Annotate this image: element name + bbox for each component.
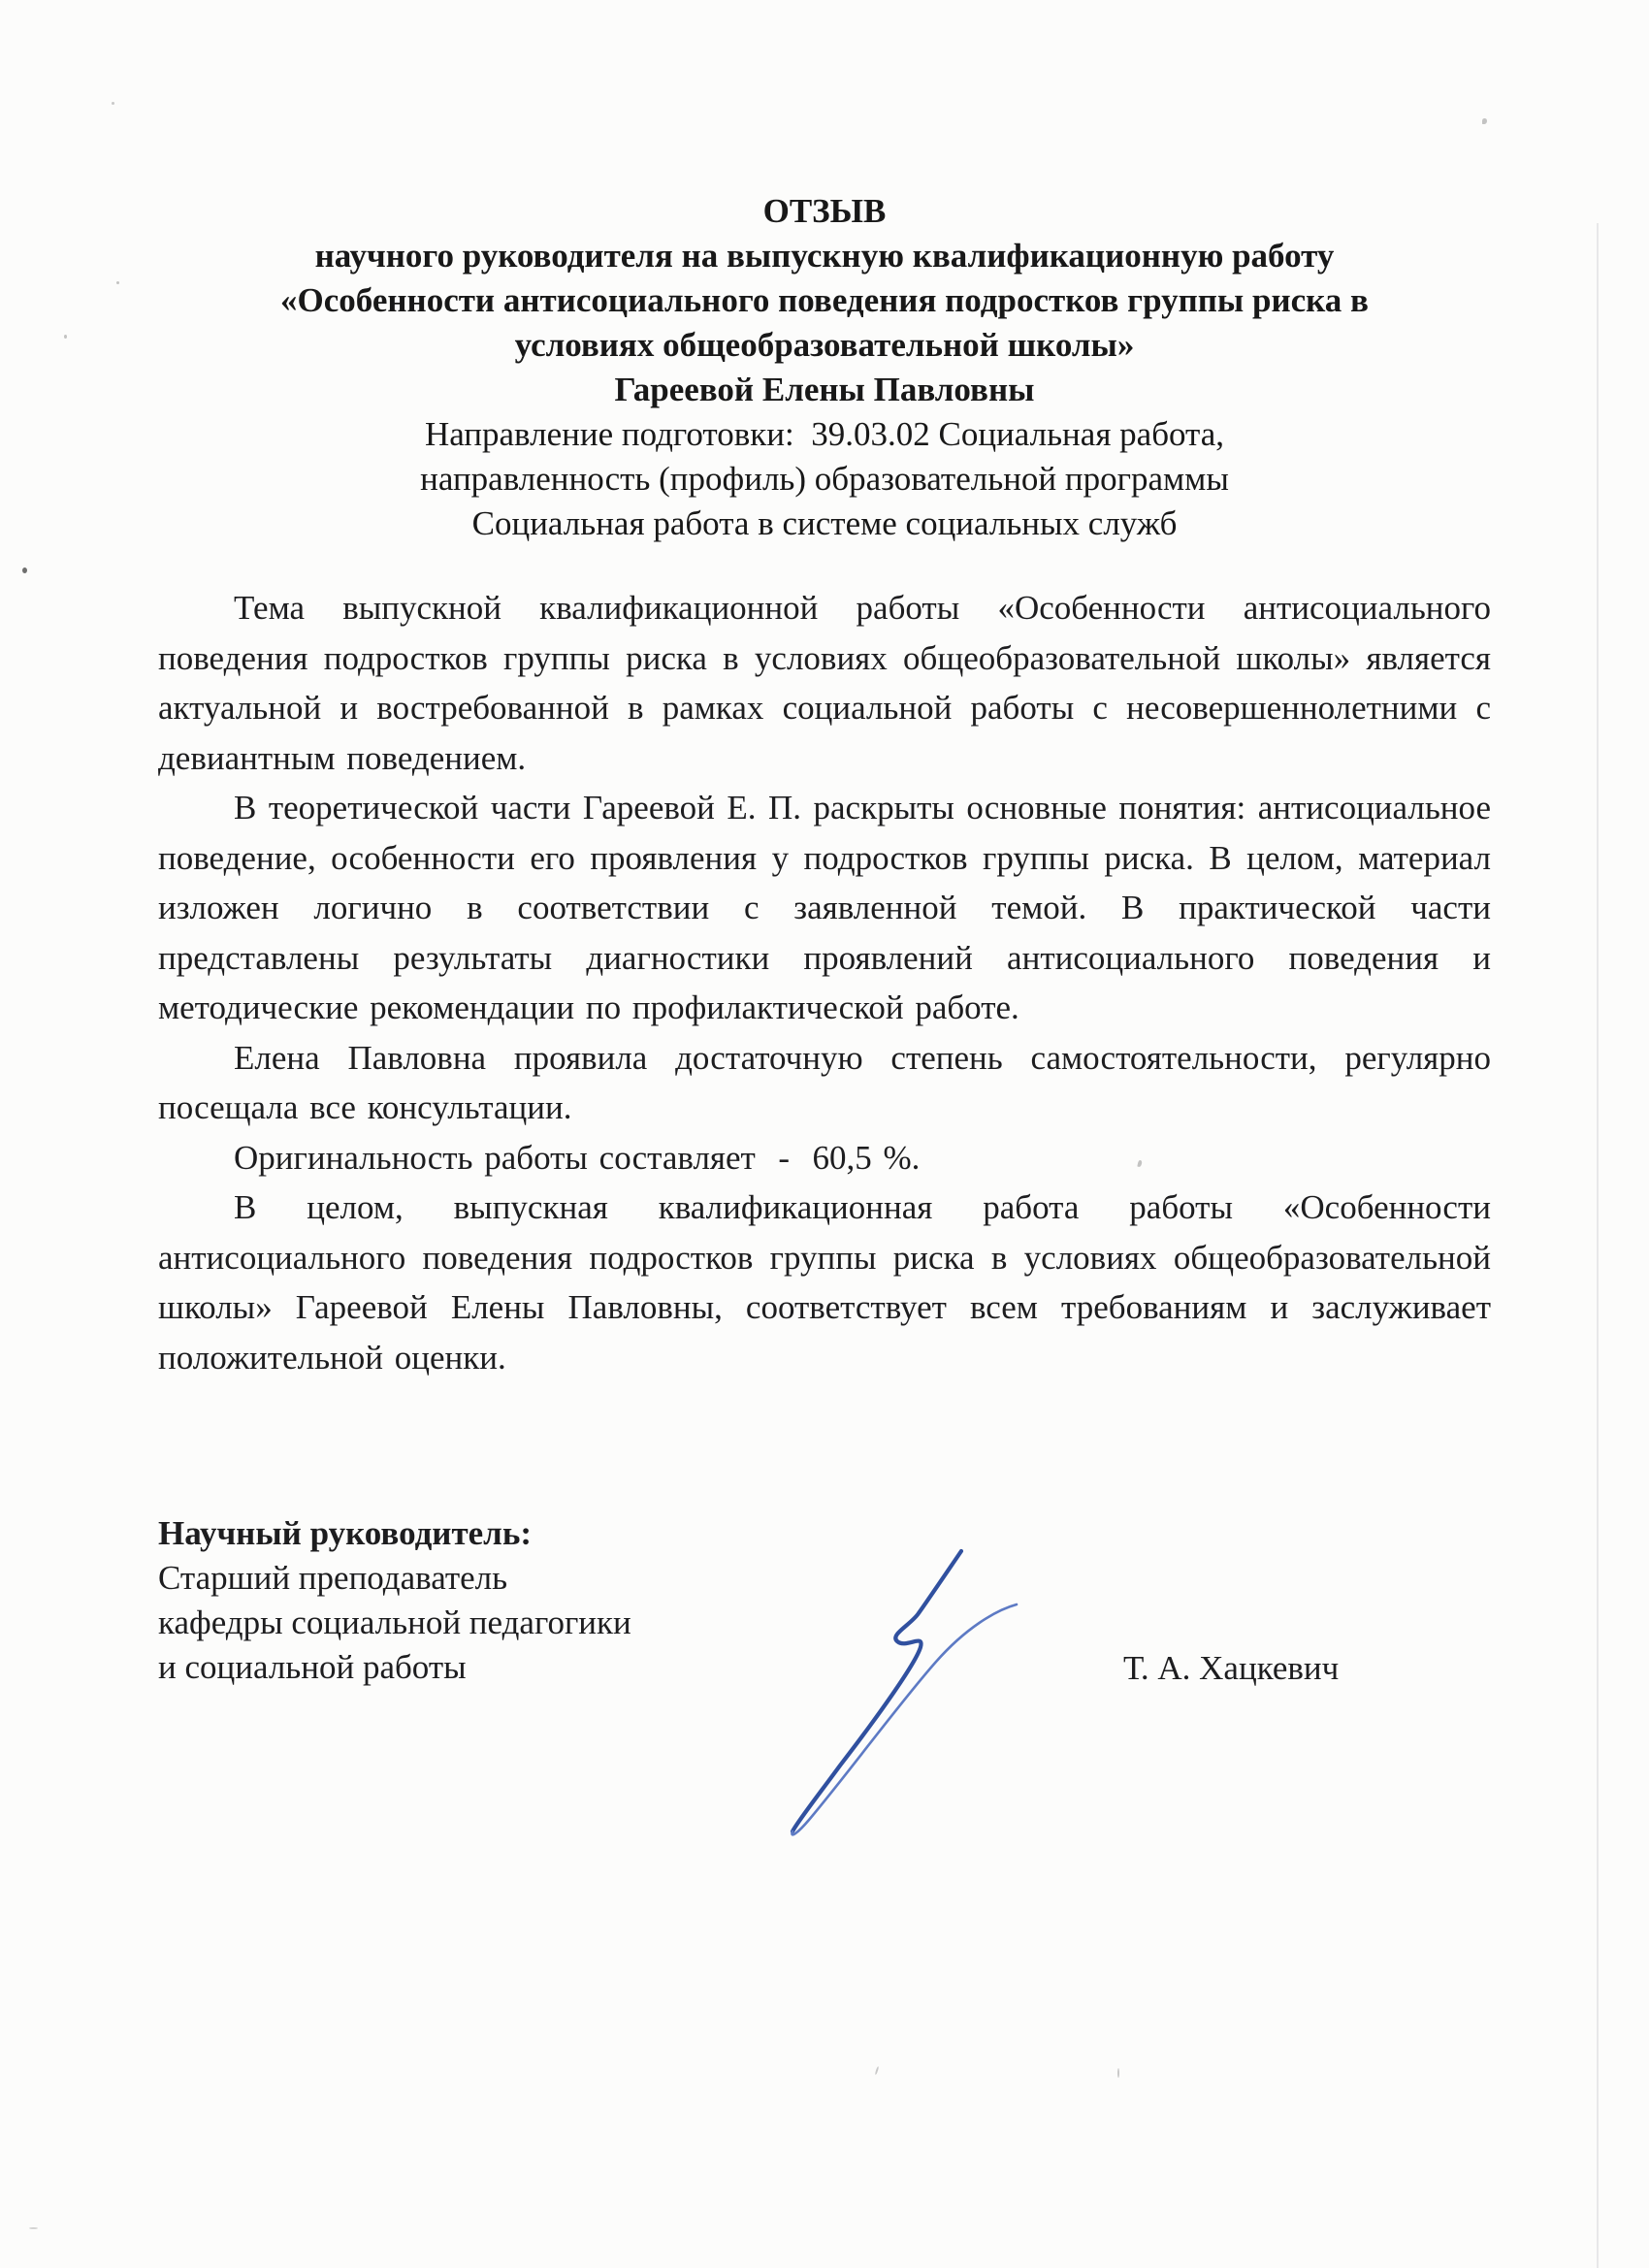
program-line-3: Социальная работа в системе социальных с…: [155, 502, 1494, 546]
paragraph-topic: Тема выпускной квалификационной работы «…: [158, 583, 1491, 783]
subtitle-line-1: научного руководителя на выпускную квали…: [155, 234, 1494, 278]
scan-speck: [29, 2227, 38, 2229]
paragraph-independence: Елена Павловна проявила достаточную степ…: [158, 1033, 1491, 1133]
supervisor-info: Научный руководитель: Старший преподават…: [158, 1511, 631, 1690]
paragraph-originality: Оригинальность работы составляет - 60,5 …: [158, 1133, 1491, 1183]
scan-speck: [22, 567, 27, 573]
review-body: Тема выпускной квалификационной работы «…: [158, 583, 1491, 1382]
document-title: ОТЗЫВ: [155, 189, 1494, 234]
supervisor-position-line-3: и социальной работы: [158, 1645, 631, 1690]
subtitle-line-3: условиях общеобразовательной школы»: [155, 323, 1494, 368]
author-name-line: Гареевой Елены Павловны: [155, 368, 1494, 412]
document-header: ОТЗЫВ научного руководителя на выпускную…: [155, 189, 1494, 546]
signature-stroke-return: [792, 1604, 1017, 1834]
program-line-2: направленность (профиль) образовательной…: [155, 457, 1494, 502]
program-line-1: Направление подготовки: 39.03.02 Социаль…: [155, 412, 1494, 457]
signer-name: Т. А. Хацкевич: [1123, 1649, 1339, 1688]
scan-speck: [116, 281, 119, 284]
scan-speck: [1482, 118, 1487, 124]
subtitle-line-2: «Особенности антисоциального поведения п…: [155, 278, 1494, 323]
paragraph-theory: В теоретической части Гареевой Е. П. рас…: [158, 783, 1491, 1033]
supervisor-position-line-1: Старший преподаватель: [158, 1556, 631, 1601]
scan-speck: [875, 2066, 880, 2075]
supervisor-heading: Научный руководитель:: [158, 1511, 631, 1556]
paragraph-conclusion: В целом, выпускная квалификационная рабо…: [158, 1183, 1491, 1382]
scan-edge-shadow: [1597, 223, 1599, 2268]
scan-speck: [112, 102, 114, 105]
supervisor-position-line-2: кафедры социальной педагогики: [158, 1601, 631, 1645]
scan-speck: [1117, 2068, 1119, 2078]
scanned-review-page: ОТЗЫВ научного руководителя на выпускную…: [0, 0, 1649, 2268]
scan-speck: [64, 335, 67, 339]
signature-stroke-main: [792, 1551, 961, 1831]
